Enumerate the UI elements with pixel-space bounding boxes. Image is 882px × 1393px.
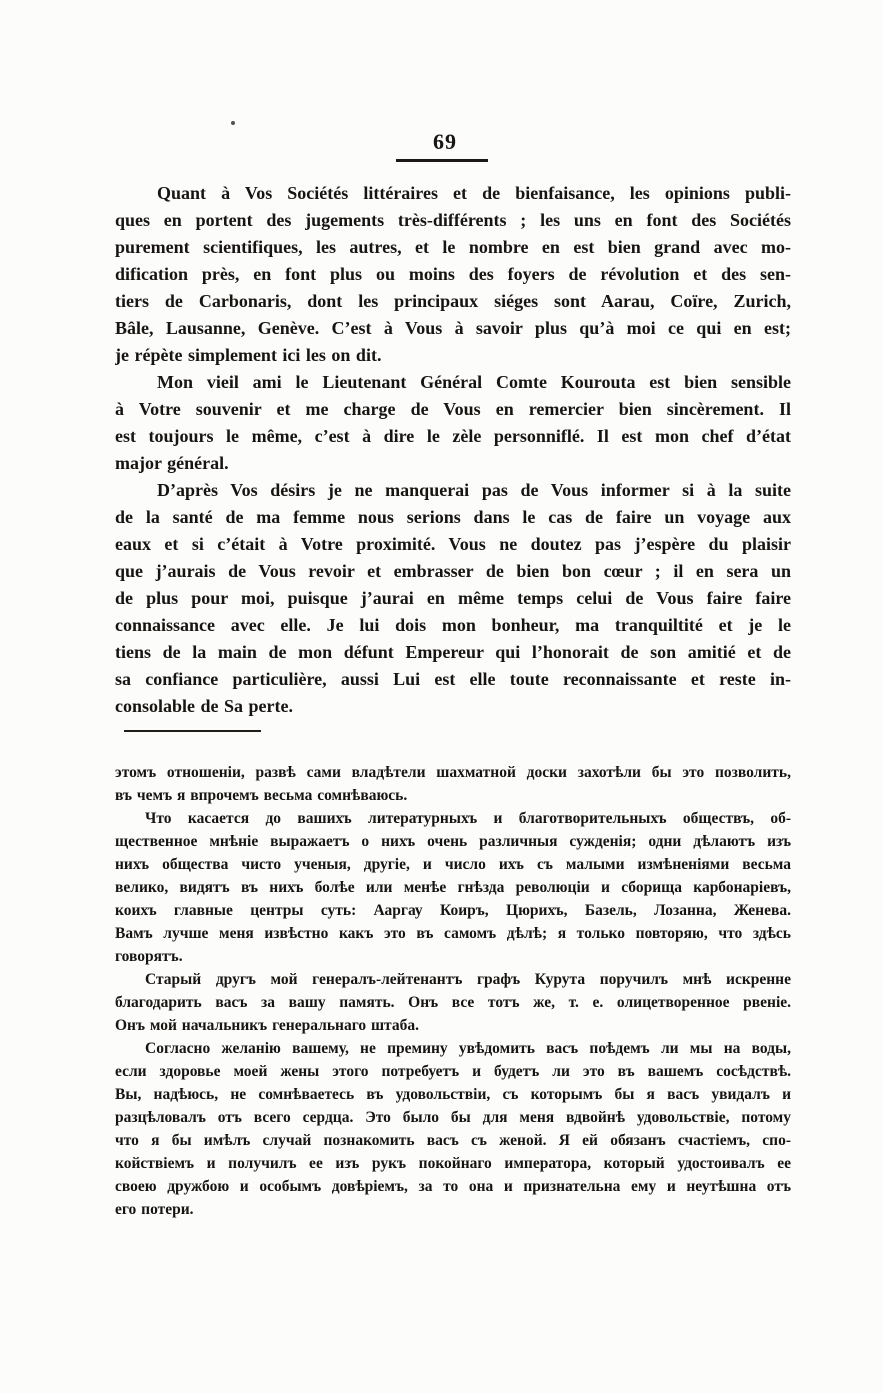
text-line: consolable de Sa perte. [115, 693, 791, 720]
text-line: je répète simplement ici les on dit. [115, 342, 791, 369]
russian-footnote-text: этомъ отношеніи, развѣ сами владѣтели ша… [115, 761, 791, 1221]
text-line: que j’aurais de Vous revoir et embrasser… [115, 558, 791, 585]
text-line: Старый другъ мой генералъ-лейтенантъ гра… [115, 968, 791, 991]
text-line: въ чемъ я впрочемъ весьма сомнѣваюсь. [115, 784, 791, 807]
french-letter-text: Quant à Vos Sociétés littéraires et de b… [115, 180, 791, 720]
text-line: Bâle, Lausanne, Genève. C’est à Vous à s… [115, 315, 791, 342]
text-line: Согласно желанію вашему, не премину увѣд… [115, 1037, 791, 1060]
text-line: purement scientifiques, les autres, et l… [115, 234, 791, 261]
text-line: Quant à Vos Sociétés littéraires et de b… [115, 180, 791, 207]
text-line: de la santé de ma femme nous serions dan… [115, 504, 791, 531]
text-line: его потери. [115, 1198, 791, 1221]
text-line: à Votre souvenir et me charge de Vous en… [115, 396, 791, 423]
book-page: 69 Quant à Vos Sociétés littéraires et d… [0, 0, 882, 1393]
text-line: dification près, en font plus ou moins d… [115, 261, 791, 288]
text-line: если здоровье моей жены этого потребуетъ… [115, 1060, 791, 1083]
text-line: благодарить васъ за вашу память. Онъ все… [115, 991, 791, 1014]
text-line: говорятъ. [115, 945, 791, 968]
text-line: койствіемъ и получилъ ее изъ рукъ покойн… [115, 1152, 791, 1175]
text-line: tiers de Carbonaris, dont les principaux… [115, 288, 791, 315]
text-line: коихъ главные центры суть: Ааргау Коиръ,… [115, 899, 791, 922]
text-line: что я бы имѣлъ случай познакомить васъ с… [115, 1129, 791, 1152]
ink-speck-artifact [231, 121, 235, 125]
text-line: connaissance avec elle. Je lui dois mon … [115, 612, 791, 639]
paragraph: Что касается до вашихъ литературныхъ и б… [115, 807, 791, 968]
text-line: разцѣловалъ отъ всего сердца. Это было б… [115, 1106, 791, 1129]
text-line: Онъ мой начальникъ генеральнаго штаба. [115, 1014, 791, 1037]
page-number: 69 [115, 129, 775, 155]
paragraph: D’après Vos désirs je ne manquerai pas d… [115, 477, 791, 720]
paragraph: Quant à Vos Sociétés littéraires et de b… [115, 180, 791, 369]
text-line: Mon vieil ami le Lieutenant Général Comt… [115, 369, 791, 396]
text-line: eaux et si c’était à Votre proximité. Vo… [115, 531, 791, 558]
footnote-separator-rule [124, 730, 261, 732]
text-line: ques en portent des jugements très-diffé… [115, 207, 791, 234]
text-line: этомъ отношеніи, развѣ сами владѣтели ша… [115, 761, 791, 784]
text-line: est toujours le même, c’est à dire le zè… [115, 423, 791, 450]
text-line: Вы, надѣюсь, не сомнѣваетесь въ удовольс… [115, 1083, 791, 1106]
paragraph: Согласно желанію вашему, не премину увѣд… [115, 1037, 791, 1221]
text-line: Вамъ лучше меня извѣстно какъ это въ сам… [115, 922, 791, 945]
page-number-underline [396, 159, 488, 162]
text-line: sa confiance particulière, aussi Lui est… [115, 666, 791, 693]
text-line: de plus pour moi, puisque j’aurai en mêm… [115, 585, 791, 612]
text-line: велико, видятъ въ нихъ болѣе или менѣе г… [115, 876, 791, 899]
text-line: щественное мнѣніе выражаетъ о нихъ очень… [115, 830, 791, 853]
text-line: tiens de la main de mon défunt Empereur … [115, 639, 791, 666]
paragraph: Старый другъ мой генералъ-лейтенантъ гра… [115, 968, 791, 1037]
paragraph: Mon vieil ami le Lieutenant Général Comt… [115, 369, 791, 477]
text-line: своею дружбою и особымъ довѣріемъ, за то… [115, 1175, 791, 1198]
text-line: Что касается до вашихъ литературныхъ и б… [115, 807, 791, 830]
text-line: D’après Vos désirs je ne manquerai pas d… [115, 477, 791, 504]
paragraph: этомъ отношеніи, развѣ сами владѣтели ша… [115, 761, 791, 807]
text-line: нихъ общества чисто ученыя, другіе, и чи… [115, 853, 791, 876]
text-line: major général. [115, 450, 791, 477]
